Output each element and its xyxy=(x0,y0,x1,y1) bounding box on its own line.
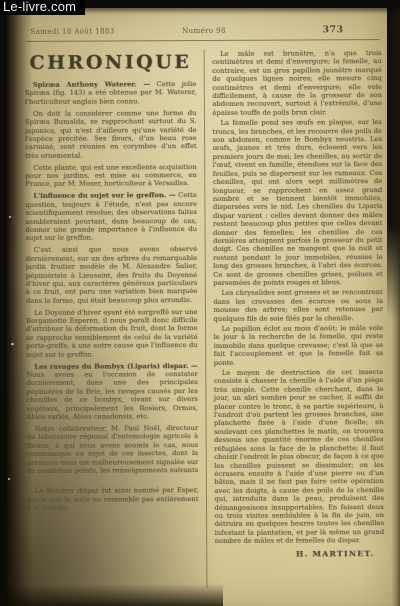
dust-speck xyxy=(11,343,14,345)
paragraph: Le papillon éclot au mois d'août; le mâl… xyxy=(214,324,384,367)
paragraph-text: La femelle pond ses œufs en plaque, sur … xyxy=(213,118,383,287)
masthead-rule xyxy=(27,39,380,42)
scanned-page: Samedi 18 Août 1883 Numéro 98 373 CHRONI… xyxy=(7,8,400,606)
paragraph: C'est ainsi que nous avons observé derni… xyxy=(26,245,198,305)
paragraph-lead: Les ravages du Bombyx (Liparis) dispar. … xyxy=(34,362,198,371)
author-signature: H. MARTINET. xyxy=(215,550,385,559)
paragraph: Le Doyenné d'hiver ayant été surgreffé s… xyxy=(26,308,198,359)
paragraph: Notre collaborateur, M. Paul Noël, direc… xyxy=(27,424,199,484)
paragraph: Spiræa Anthony Waterer. — Cette jolie Sp… xyxy=(25,80,197,106)
paragraph-text: On doit la considérer comme une forme du… xyxy=(25,109,197,160)
paragraph: Les chrysalides sont grosses et se renco… xyxy=(213,288,383,323)
dust-speck xyxy=(8,478,10,480)
paragraph: Cette plante, qui est une excellente acq… xyxy=(25,163,197,189)
paragraph-lead: L'influence du sujet sur le greffon. — xyxy=(33,192,175,201)
page-edge-shade xyxy=(391,8,400,606)
paragraph: La femelle pond ses œufs en plaque, sur … xyxy=(212,118,382,287)
paragraph-text: Notre collaborateur, M. Paul Noël, direc… xyxy=(27,424,199,483)
dust-speck xyxy=(9,216,11,218)
masthead-issue-number: Numéro 98 xyxy=(147,27,262,36)
paragraph-text: C'est ainsi que nous avons observé derni… xyxy=(26,245,198,304)
book-spine-shadow xyxy=(7,8,33,606)
masthead-date: Samedi 18 Août 1883 xyxy=(30,27,145,36)
section-title: CHRONIQUE xyxy=(25,52,197,73)
paragraph: Le mâle est brunâtre, n'a que trois cent… xyxy=(212,49,382,117)
page-content: Samedi 18 Août 1883 Numéro 98 373 CHRONI… xyxy=(24,24,384,606)
masthead-page-number: 373 xyxy=(263,24,378,36)
paragraph-text: Le Bombyx dispar fut ainsi nommé par Esp… xyxy=(27,486,199,512)
watermark-label: Le-livre.com xyxy=(0,0,85,15)
paragraph-text: Le papillon éclot au mois d'août; le mâl… xyxy=(214,324,384,367)
paragraph: L'influence du sujet sur le greffon. — C… xyxy=(25,191,197,242)
paragraph-text: Le Doyenné d'hiver ayant été surgreffé s… xyxy=(26,308,198,359)
paragraph-text: Le mâle est brunâtre, n'a que trois cent… xyxy=(212,49,382,117)
paragraph-text: Le moyen de destruction de cet insecte c… xyxy=(214,368,384,545)
paragraph: Le Bombyx dispar fut ainsi nommé par Esp… xyxy=(27,486,199,512)
masthead: Samedi 18 Août 1883 Numéro 98 373 xyxy=(24,24,381,37)
paragraph-text: Les chrysalides sont grosses et se renco… xyxy=(213,288,383,322)
paragraph: Le moyen de destruction de cet insecte c… xyxy=(214,368,384,545)
paragraph: On doit la considérer comme une forme du… xyxy=(25,109,197,160)
paragraph-text: Nous avons eu l'occasion de constater de… xyxy=(26,370,198,421)
two-column-body: CHRONIQUE Spiræa Anthony Waterer. — Cett… xyxy=(25,49,385,589)
scan-border-bottom xyxy=(7,584,223,606)
column-right: Le mâle est brunâtre, n'a que trois cent… xyxy=(203,49,384,588)
column-left: CHRONIQUE Spiræa Anthony Waterer. — Cett… xyxy=(25,50,206,589)
paragraph: Les ravages du Bombyx (Liparis) dispar. … xyxy=(26,362,198,422)
paragraph-text: Cette plante, qui est une excellente acq… xyxy=(25,163,197,189)
